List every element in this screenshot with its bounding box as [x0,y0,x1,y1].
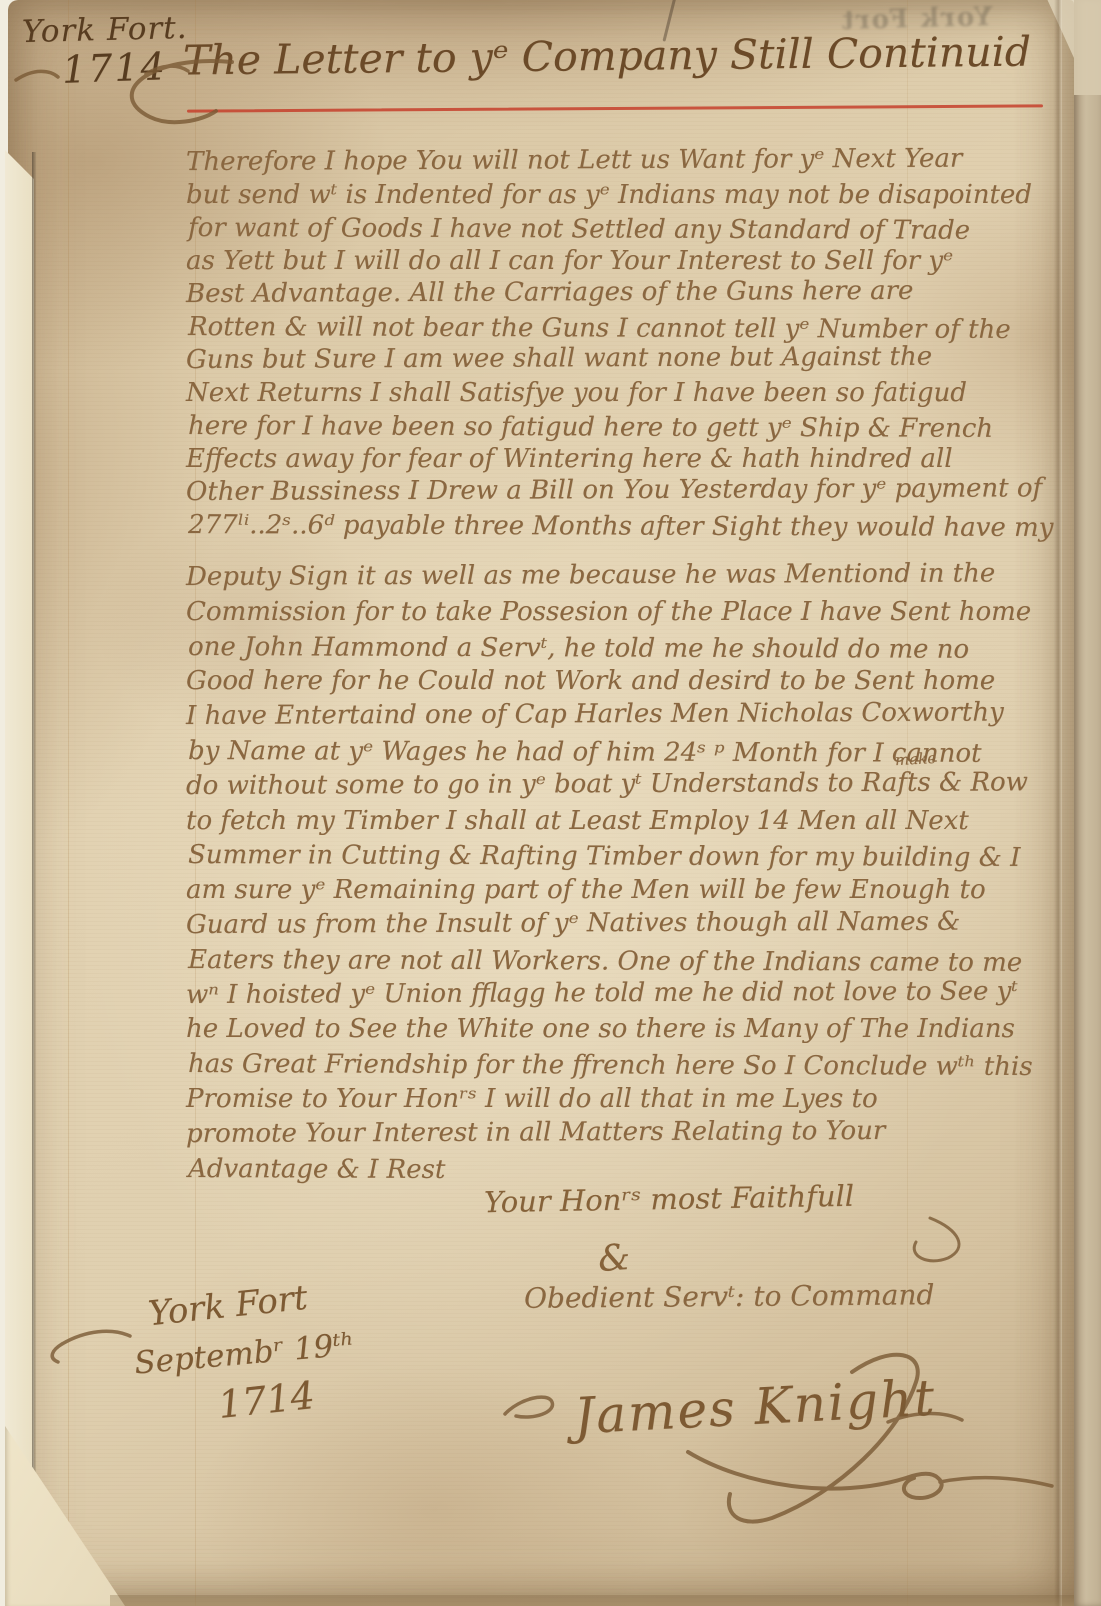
page-edge-shadow [32,152,36,1606]
manuscript-line: here for I have been so fatigud here to … [188,410,1054,446]
closing-line-1: Your Honʳˢ most Faithfull [484,1179,855,1219]
manuscript-line: as Yett but I will do all I can for Your… [186,245,1051,278]
manuscript-line: Effects away for fear of Wintering here … [186,443,1051,476]
manuscript-line: but send wᵗ is Indented for as yᵉ Indian… [186,179,1051,212]
body-paragraph-1: Therefore I hope You will not Lett us Wa… [186,146,1051,542]
manuscript-line: Guard us from the Insult of yᵉ Natives t… [186,904,1031,942]
manuscript-line: Other Bussiness I Drew a Bill on You Yes… [186,472,1052,509]
manuscript-line: Guns but Sure I am wee shall want none b… [186,340,1052,377]
closing-ampersand: & [597,1237,632,1280]
manuscript-line: he Loved to See the White one so there i… [186,1012,1031,1047]
binding-edge [1074,0,1101,1606]
margin-rule-line [68,0,69,1606]
binding-edge-highlight [1074,0,1101,95]
manuscript-line: Commission for to take Possesion of the … [186,595,1031,630]
manuscript-line: Next Returns I shall Satisfye you for I … [186,377,1051,410]
manuscript-line: Promise to Your Honʳˢ I will do all that… [186,1082,1031,1117]
manuscript-line: am sure yᵉ Remaining part of the Men wil… [186,873,1031,908]
manuscript-line: I have Entertaind one of Cap Harles Men … [186,696,1031,734]
manuscript-line: Best Advantage. All the Carriages of the… [186,274,1052,311]
manuscript-line: do without some to go in yᵉ boat yᵗ Unde… [186,765,1031,803]
page-crease [1054,0,1062,1606]
manuscript-line: Therefore I hope You will not Lett us Wa… [186,142,1052,179]
manuscript-line: Good here for he Could not Work and desi… [186,664,1031,699]
manuscript-line: to fetch my Timber I shall at Least Empl… [186,804,1031,839]
manuscript-line: Deputy Sign it as well as me because he … [186,556,1031,594]
page-bottom-edge [110,1595,1074,1606]
marginalia-year: 1714 [61,44,167,92]
manuscript-line: for want of Goods I have not Settled any… [188,212,1054,248]
body-paragraph-2: Deputy Sign it as well as me because he … [186,560,1031,1186]
manuscript-line: wⁿ I hoisted yᵉ Union fflagg he told me … [186,974,1031,1012]
manuscript-line: Summer in Cutting & Rafting Timber down … [188,838,1033,876]
page-title: The Letter to yᵉ Company Still Continuid [183,28,1031,85]
manuscript-line: promote Your Interest in all Matters Rel… [186,1113,1031,1151]
closing-line-2: Obedient Servᵗ: to Command [524,1278,935,1315]
manuscript-line: 277ˡⁱ..2ˢ..6ᵈ payable three Months after… [188,509,1054,545]
manuscript-scan: York Fort York Fort. 1714 The Letter to … [0,0,1101,1606]
manuscript-line: has Great Friendship for the ffrench her… [188,1047,1033,1085]
manuscript-line: one John Hammond a Servᵗ, he told me he … [188,630,1033,668]
interlinear-insertion: make [895,749,937,769]
underlying-page-edge [5,150,34,1606]
